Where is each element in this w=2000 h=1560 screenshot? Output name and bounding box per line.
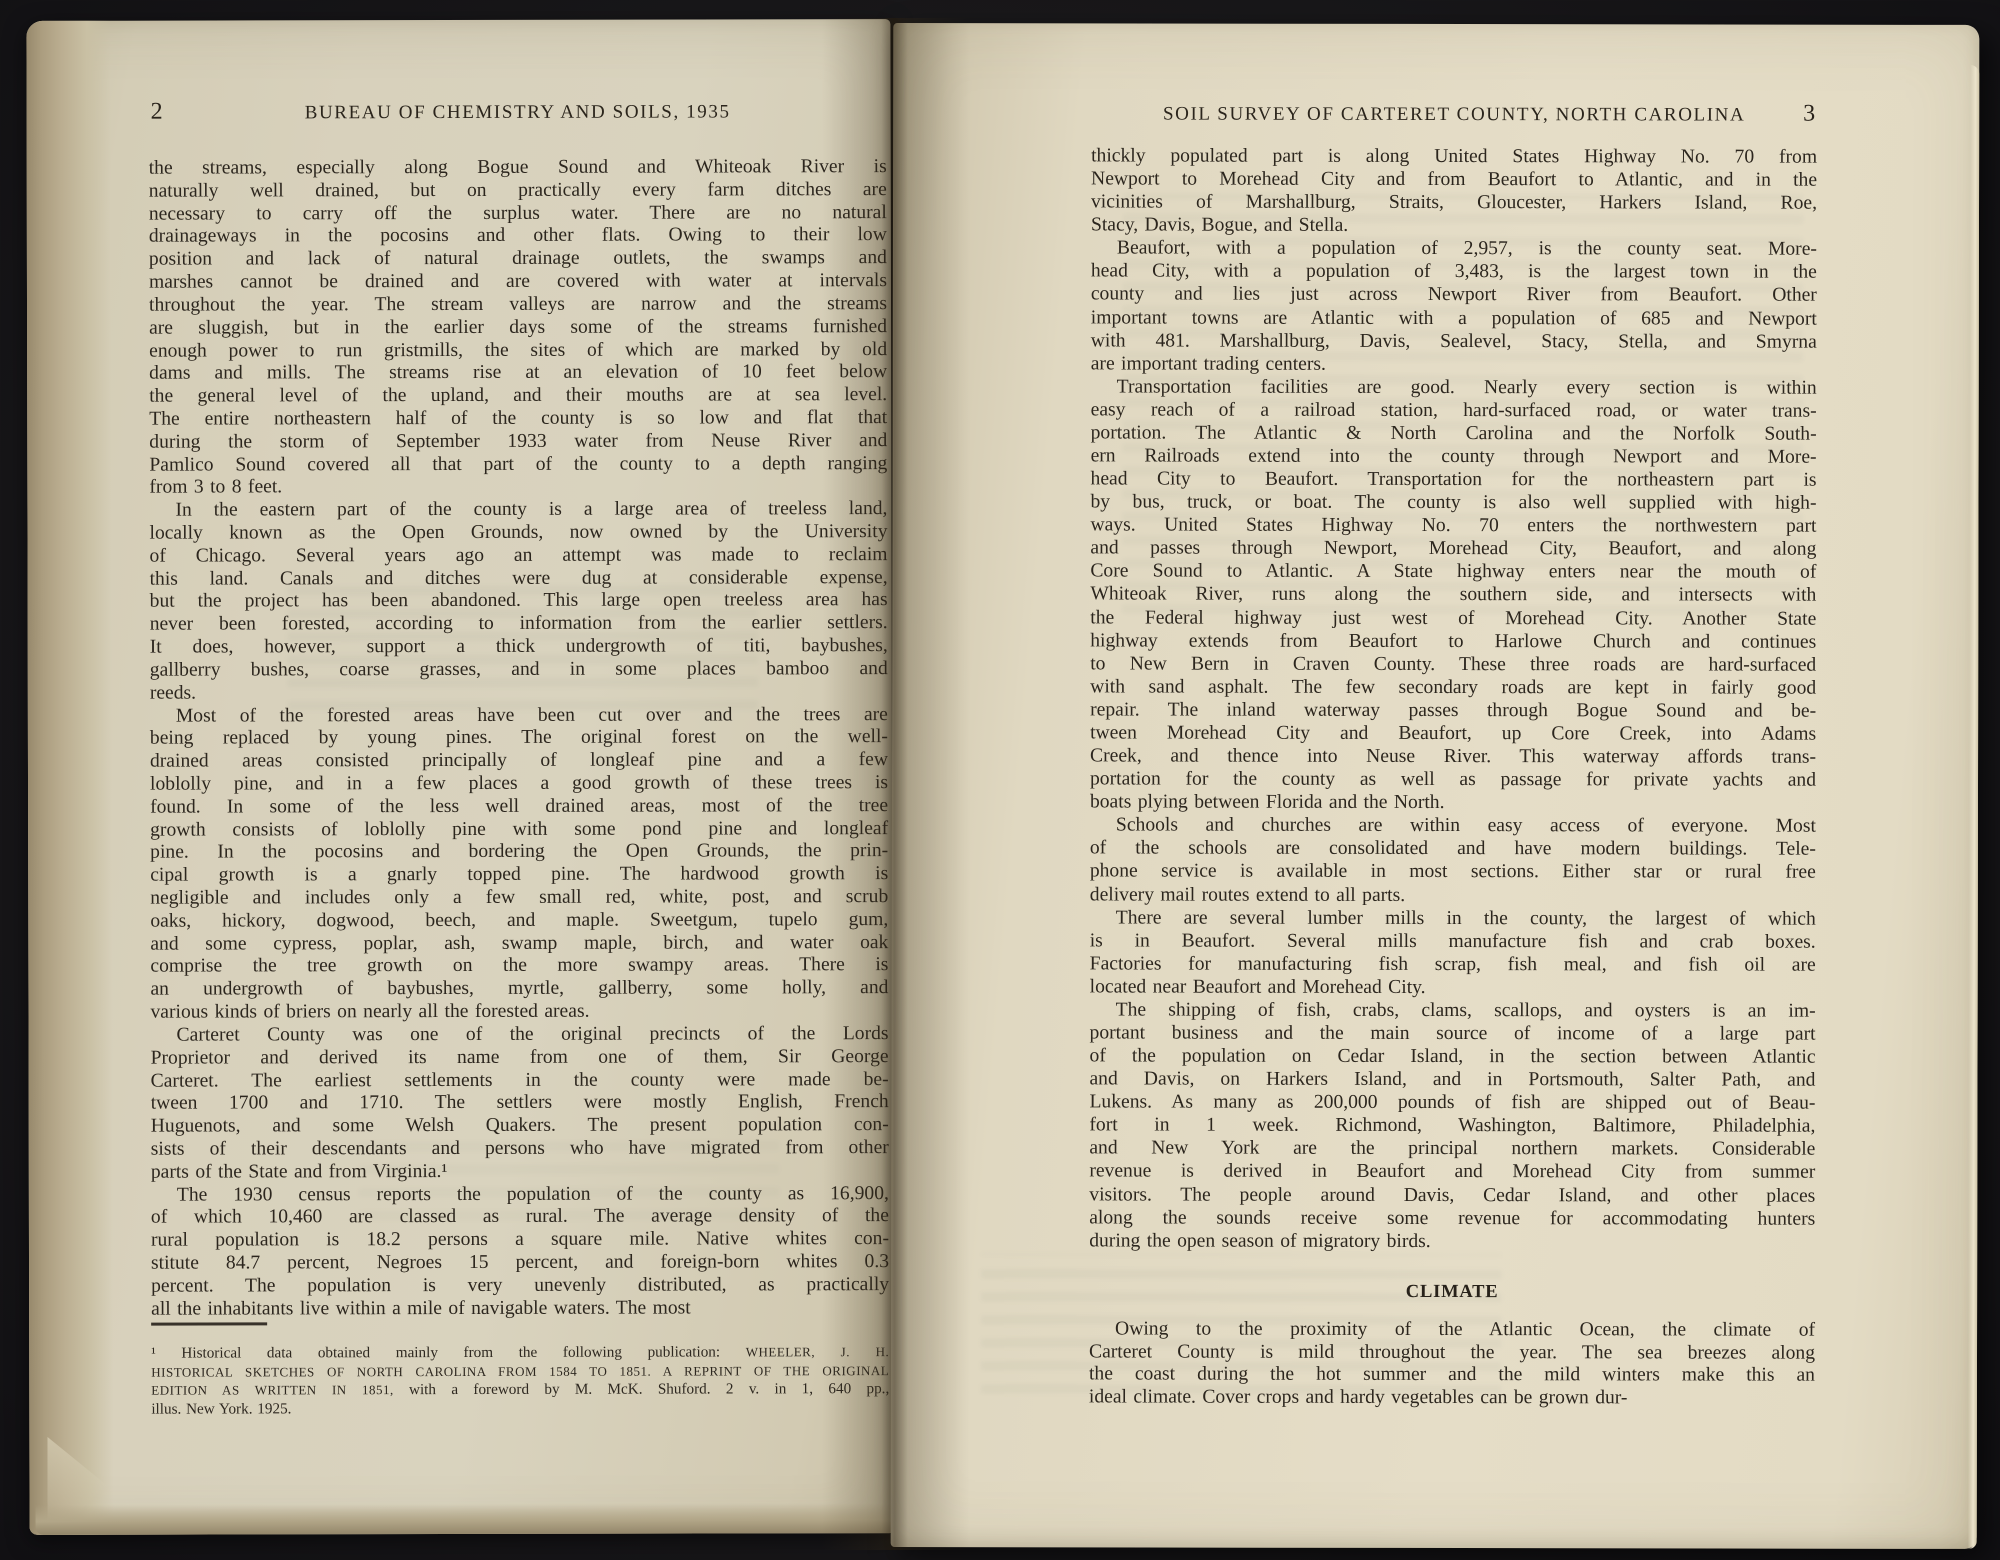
- text-line: all the inhabitants live within a mile o…: [151, 1297, 889, 1321]
- text-line: throughout the year. The stream valleys …: [149, 293, 887, 317]
- text-line: oaks, hickory, dogwood, beech, and maple…: [150, 909, 888, 933]
- text-line: the Federal highway just west of Morehea…: [1090, 606, 1816, 630]
- text-line: The entire northeastern half of the coun…: [149, 407, 887, 431]
- text-line: Lukens. As many as 200,000 pounds of fis…: [1089, 1091, 1815, 1115]
- text-line: and passes through Newport, Morehead Cit…: [1090, 537, 1816, 561]
- footnote-line: HISTORICAL SKETCHES OF NORTH CAROLINA FR…: [151, 1362, 889, 1382]
- paragraph: The shipping of fish, crabs, clams, scal…: [1089, 998, 1815, 1253]
- text-line: easy reach of a railroad station, hard-s…: [1091, 398, 1817, 422]
- paragraph: Schools and churches are within easy acc…: [1090, 814, 1816, 908]
- text-line: drainageways in the pocosins and other f…: [149, 225, 887, 249]
- right-running-header-row: SOIL SURVEY OF CARTERET COUNTY, NORTH CA…: [1091, 101, 1817, 134]
- text-line: the general level of the upland, and the…: [149, 384, 887, 408]
- text-line: It does, however, support a thick underg…: [150, 635, 888, 659]
- text-line: and some cypress, poplar, ash, swamp map…: [150, 932, 888, 956]
- text-line: is in Beaufort. Several mills manufactur…: [1090, 929, 1816, 953]
- paragraph: thickly populated part is along United S…: [1091, 144, 1817, 238]
- text-line: from 3 to 8 feet.: [149, 475, 887, 499]
- left-page: 2 BUREAU OF CHEMISTRY AND SOILS, 1935 th…: [26, 19, 893, 1535]
- text-line: In the eastern part of the county is a l…: [149, 498, 887, 522]
- text-line: of Chicago. Several years ago an attempt…: [150, 544, 888, 568]
- text-line: cipal growth is a gnarly topped pine. Th…: [150, 863, 888, 887]
- text-line: the coast during the hot summer and the …: [1089, 1364, 1815, 1388]
- text-line: Creek, and thence into Neuse River. This…: [1090, 744, 1816, 768]
- text-line: enough power to run gristmills, the site…: [149, 339, 887, 363]
- text-line: Carteret County is mild throughout the y…: [1089, 1341, 1815, 1365]
- page-corner-fold: [47, 1437, 157, 1527]
- climate-section-heading: CLIMATE: [1089, 1281, 1815, 1303]
- paragraph: the streams, especially along Bogue Soun…: [149, 156, 888, 500]
- text-line: sists of their descendants and persons w…: [151, 1137, 889, 1161]
- text-line: growth consists of loblolly pine with so…: [150, 818, 888, 842]
- text-line: dams and mills. The streams rise at an e…: [149, 361, 887, 385]
- text-line: drained areas consisted principally of l…: [150, 749, 888, 773]
- paragraph: In the eastern part of the county is a l…: [149, 498, 887, 705]
- text-line: ern Railroads extend into the county thr…: [1091, 444, 1817, 468]
- text-line: The shipping of fish, crabs, clams, scal…: [1090, 998, 1816, 1022]
- left-body-text: the streams, especially along Bogue Soun…: [149, 156, 889, 1321]
- text-line: negligible and includes only a few small…: [150, 886, 888, 910]
- text-line: revenue is derived in Beaufort and Moreh…: [1089, 1160, 1815, 1184]
- footnote-smallcaps-text: HISTORICAL SKETCHES OF NORTH CAROLINA FR…: [151, 1363, 889, 1380]
- text-line: gallberry bushes, coarse grasses, and in…: [150, 658, 888, 682]
- text-line: being replaced by young pines. The origi…: [150, 726, 888, 750]
- running-header: SOIL SURVEY OF CARTERET COUNTY, NORTH CA…: [1091, 103, 1817, 126]
- text-line: Newport to Morehead City and from Beaufo…: [1091, 167, 1817, 191]
- text-line: pine. In the pocosins and bordering the …: [150, 840, 888, 864]
- text-line: tween Morehead City and Beaufort, up Cor…: [1090, 721, 1816, 745]
- text-line: this land. Canals and ditches were dug a…: [150, 567, 888, 591]
- footnote: ¹ Historical data obtained mainly from t…: [151, 1343, 889, 1419]
- footnote-line: illus. New York. 1925.: [151, 1399, 889, 1419]
- running-header: BUREAU OF CHEMISTRY AND SOILS, 1935: [149, 101, 887, 125]
- text-line: Stacy, Davis, Bogue, and Stella.: [1091, 214, 1817, 238]
- text-line: The 1930 census reports the population o…: [151, 1183, 889, 1207]
- text-line: thickly populated part is along United S…: [1091, 144, 1817, 168]
- text-line: Whiteoak River, runs along the southern …: [1090, 583, 1816, 607]
- text-line: never been forested, according to inform…: [150, 612, 888, 636]
- text-line: of the population on Cedar Island, in th…: [1090, 1044, 1816, 1068]
- text-line: portation for the county as well as pass…: [1090, 768, 1816, 792]
- text-line: during the storm of September 1933 water…: [149, 430, 887, 454]
- text-line: an undergrowth of baybushes, myrtle, gal…: [150, 977, 888, 1001]
- text-line: to New Bern in Craven County. These thre…: [1090, 652, 1816, 676]
- text-line: found. In some of the less well drained …: [150, 795, 888, 819]
- text-line: comprise the tree growth on the more swa…: [150, 955, 888, 979]
- text-line: head City to Beaufort. Transportation fo…: [1091, 467, 1817, 491]
- left-running-header-row: 2 BUREAU OF CHEMISTRY AND SOILS, 1935: [149, 99, 887, 133]
- paragraph: Beaufort, with a population of 2,957, is…: [1091, 237, 1817, 377]
- text-line: rural population is 18.2 persons a squar…: [151, 1228, 889, 1252]
- text-line: Schools and churches are within easy acc…: [1090, 814, 1816, 838]
- text-line: boats plying between Florida and the Nor…: [1090, 791, 1816, 815]
- text-line: Transportation facilities are good. Near…: [1091, 375, 1817, 399]
- text-line: There are several lumber mills in the co…: [1090, 906, 1816, 930]
- text-line: along the sounds receive some revenue fo…: [1089, 1206, 1815, 1230]
- text-line: highway extends from Beaufort to Harlowe…: [1090, 629, 1816, 653]
- text-line: county and lies just across Newport Rive…: [1091, 283, 1817, 307]
- footnote-text: illus. New York. 1925.: [151, 1400, 291, 1417]
- text-line: of the schools are consolidated and have…: [1090, 837, 1816, 861]
- text-line: tween 1700 and 1710. The settlers were m…: [151, 1091, 889, 1115]
- text-line: delivery mail routes extend to all parts…: [1090, 883, 1816, 907]
- text-line: Core Sound to Atlantic. A State highway …: [1090, 560, 1816, 584]
- paragraph: Transportation facilities are good. Near…: [1090, 375, 1817, 815]
- footnote-smallcaps-text: WHEELER, J. H.: [746, 1344, 889, 1359]
- text-line: Proprietor and derived its name from one…: [151, 1046, 889, 1070]
- text-line: with sand asphalt. The few secondary roa…: [1090, 675, 1816, 699]
- right-page: SOIL SURVEY OF CARTERET COUNTY, NORTH CA…: [891, 23, 1980, 1549]
- footnote-rule: [151, 1322, 267, 1325]
- text-line: are sluggish, but in the earlier days so…: [149, 316, 887, 340]
- text-line: locally known as the Open Grounds, now o…: [149, 521, 887, 545]
- text-line: necessary to carry off the surplus water…: [149, 202, 887, 226]
- paragraph: Owing to the proximity of the Atlantic O…: [1089, 1318, 1815, 1410]
- text-line: are important trading centers.: [1091, 352, 1817, 376]
- text-line: ideal climate. Cover crops and hardy veg…: [1089, 1386, 1815, 1410]
- text-line: head City, with a population of 3,483, i…: [1091, 260, 1817, 284]
- text-line: loblolly pine, and in a few places a goo…: [150, 772, 888, 796]
- right-body-text: thickly populated part is along United S…: [1089, 144, 1817, 1253]
- text-line: reeds.: [150, 681, 888, 705]
- text-line: fort in 1 week. Richmond, Washington, Ba…: [1089, 1114, 1815, 1138]
- footnote-line: ¹ Historical data obtained mainly from t…: [151, 1343, 889, 1363]
- book-photo: { "left_page": { "page_number": "2", "ru…: [0, 0, 2000, 1560]
- text-line: percent. The population is very unevenly…: [151, 1274, 889, 1298]
- text-line: Carteret. The earliest settlements in th…: [151, 1069, 889, 1093]
- text-line: repair. The inland waterway passes throu…: [1090, 698, 1816, 722]
- text-line: naturally well drained, but on practical…: [149, 179, 887, 203]
- text-line: and Davis, on Harkers Island, and in Por…: [1089, 1068, 1815, 1092]
- text-line: visitors. The people around Davis, Cedar…: [1089, 1183, 1815, 1207]
- text-line: ways. United States Highway No. 70 enter…: [1090, 514, 1816, 538]
- climate-body-text: Owing to the proximity of the Atlantic O…: [1089, 1318, 1815, 1410]
- text-line: of which 10,460 are classed as rural. Th…: [151, 1205, 889, 1229]
- text-line: with 481. Marshallburg, Davis, Sealevel,…: [1091, 329, 1817, 353]
- text-line: important towns are Atlantic with a popu…: [1091, 306, 1817, 330]
- paragraph: The 1930 census reports the population o…: [151, 1183, 889, 1321]
- text-line: by bus, truck, or boat. The county is al…: [1090, 491, 1816, 515]
- text-line: vicinities of Marshallburg, Straits, Glo…: [1091, 191, 1817, 215]
- text-line: stitute 84.7 percent, Negroes 15 percent…: [151, 1251, 889, 1275]
- text-line: located near Beaufort and Morehead City.: [1090, 975, 1816, 999]
- text-line: but the project has been abandoned. This…: [150, 590, 888, 614]
- text-line: various kinds of briers on nearly all th…: [150, 1000, 888, 1024]
- text-line: and New York are the principal northern …: [1089, 1137, 1815, 1161]
- text-line: the streams, especially along Bogue Soun…: [149, 156, 887, 180]
- paragraph: Most of the forested areas have been cut…: [150, 704, 889, 1025]
- text-line: during the open season of migratory bird…: [1089, 1229, 1815, 1253]
- paragraph: There are several lumber mills in the co…: [1090, 906, 1816, 1000]
- text-line: position and lack of natural drainage ou…: [149, 247, 887, 271]
- footnote-line: EDITION AS WRITTEN IN 1851, with a forew…: [151, 1380, 889, 1400]
- footnote-smallcaps-text: EDITION AS WRITTEN IN 1851,: [151, 1382, 409, 1398]
- text-line: Beaufort, with a population of 2,957, is…: [1091, 237, 1817, 261]
- text-line: Huguenots, and some Welsh Quakers. The p…: [151, 1114, 889, 1138]
- footnote-text: ¹ Historical data obtained mainly from t…: [151, 1343, 746, 1361]
- text-line: portant business and the main source of …: [1090, 1021, 1816, 1045]
- text-line: phone service is available in most secti…: [1090, 860, 1816, 884]
- text-line: Owing to the proximity of the Atlantic O…: [1089, 1318, 1815, 1342]
- footnote-text: with a foreword by M. McK. Shuford. 2 v.…: [409, 1380, 889, 1398]
- text-line: Most of the forested areas have been cut…: [150, 704, 888, 728]
- text-line: Carteret County was one of the original …: [151, 1023, 889, 1047]
- text-line: Factories for manufacturing fish scrap, …: [1090, 952, 1816, 976]
- text-line: portation. The Atlantic & North Carolina…: [1091, 421, 1817, 445]
- text-line: parts of the State and from Virginia.¹: [151, 1160, 889, 1184]
- text-line: Pamlico Sound covered all that part of t…: [149, 453, 887, 477]
- paragraph: Carteret County was one of the original …: [151, 1023, 889, 1184]
- text-line: marshes cannot be drained and are covere…: [149, 270, 887, 294]
- page-number: 3: [1803, 101, 1815, 128]
